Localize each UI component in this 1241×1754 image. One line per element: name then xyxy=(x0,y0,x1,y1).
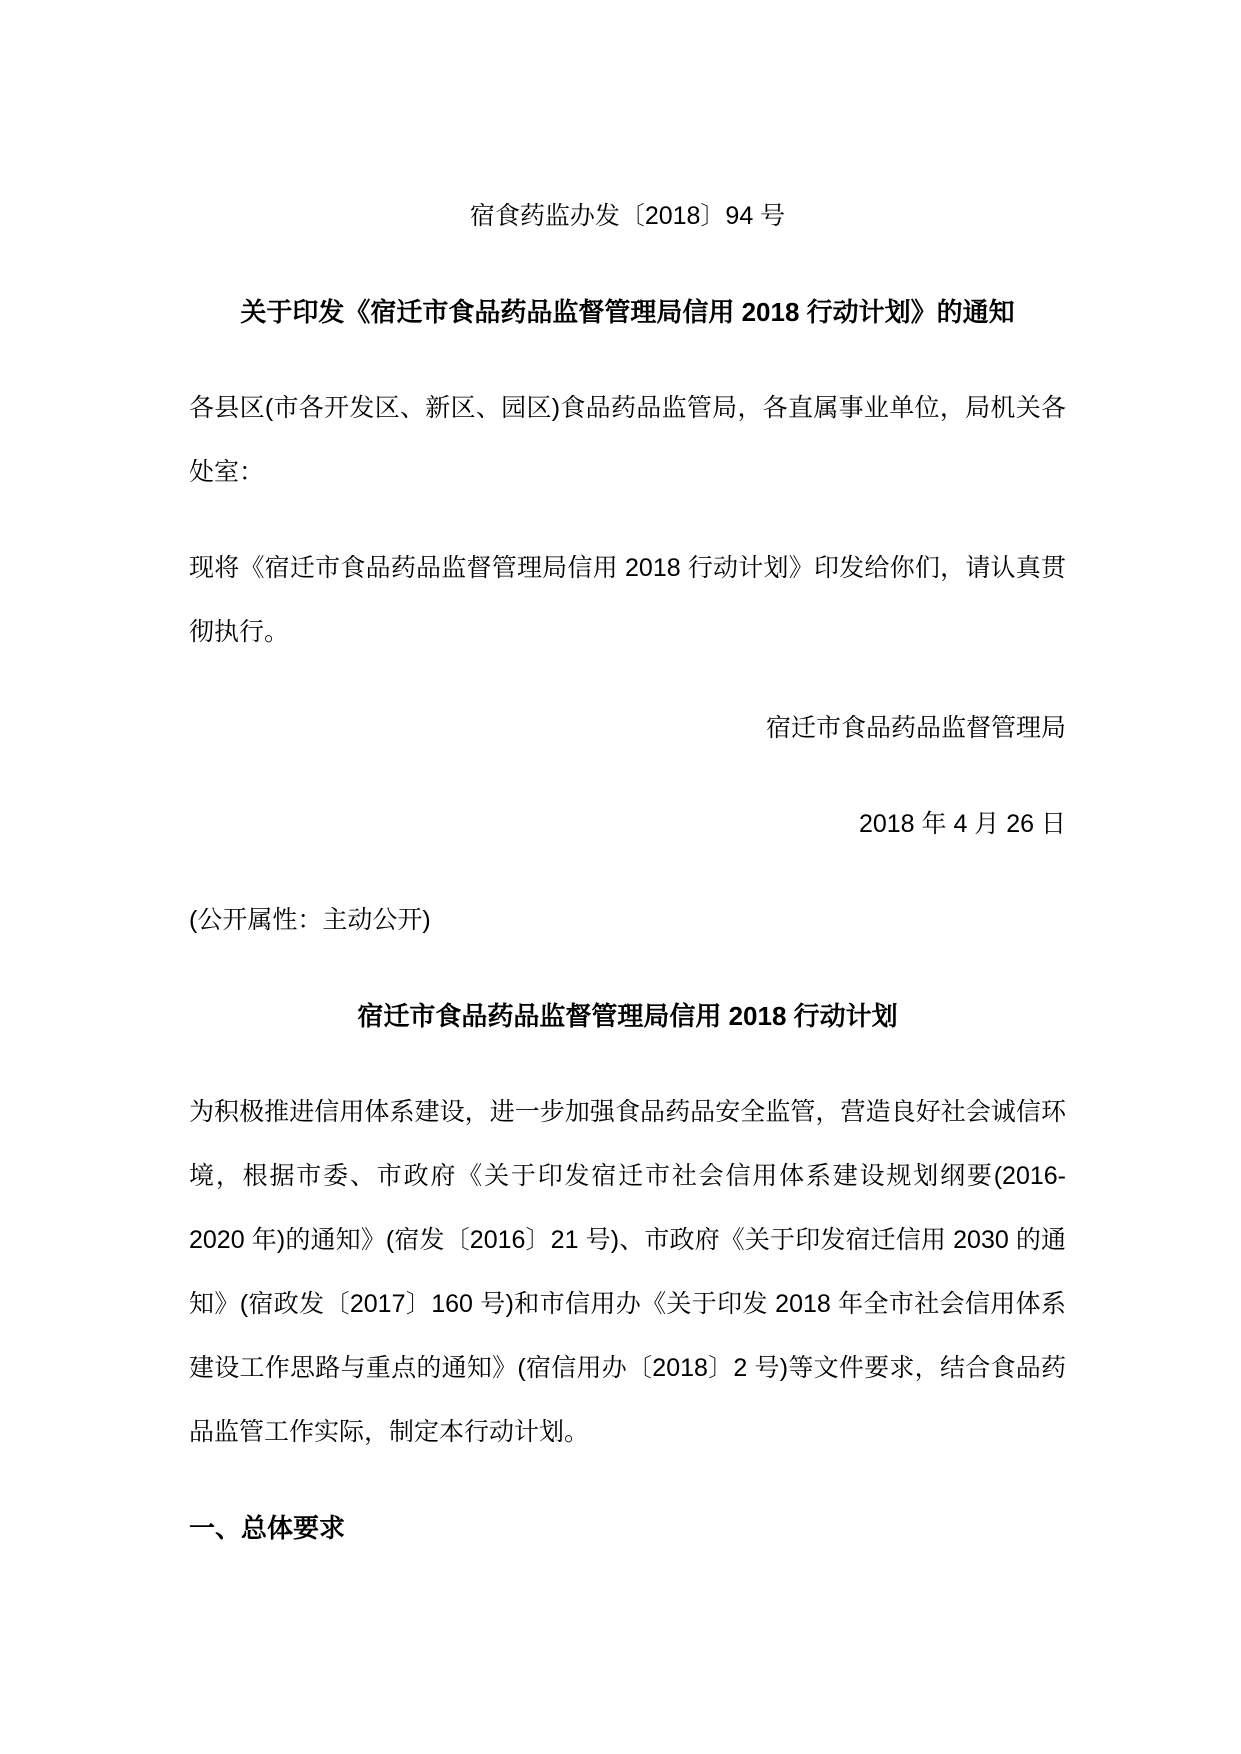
issuer-signature: 宿迁市食品药品监督管理局 xyxy=(189,696,1066,760)
disclosure-note: (公开属性：主动公开) xyxy=(189,888,1066,952)
recipients-line: 各县区(市各开发区、新区、园区)食品药品监管局，各直属事业单位，局机关各处室： xyxy=(189,376,1066,504)
issue-date: 2018 年 4 月 26 日 xyxy=(189,792,1066,856)
plan-title: 宿迁市食品药品监督管理局信用 2018 行动计划 xyxy=(189,984,1066,1048)
section-heading-overall-requirements: 一、总体要求 xyxy=(189,1496,1066,1560)
plan-intro-paragraph: 为积极推进信用体系建设，进一步加强食品药品安全监管，营造良好社会诚信环境，根据市… xyxy=(189,1080,1066,1464)
document-content: 宿食药监办发〔2018〕94 号 关于印发《宿迁市食品药品监督管理局信用 201… xyxy=(0,0,1241,1560)
notice-body: 现将《宿迁市食品药品监督管理局信用 2018 行动计划》印发给你们，请认真贯彻执… xyxy=(189,536,1066,664)
document-page: 宿食药监办发〔2018〕94 号 关于印发《宿迁市食品药品监督管理局信用 201… xyxy=(0,0,1241,1754)
doc-number: 宿食药监办发〔2018〕94 号 xyxy=(189,184,1066,248)
notice-title: 关于印发《宿迁市食品药品监督管理局信用 2018 行动计划》的通知 xyxy=(189,280,1066,344)
